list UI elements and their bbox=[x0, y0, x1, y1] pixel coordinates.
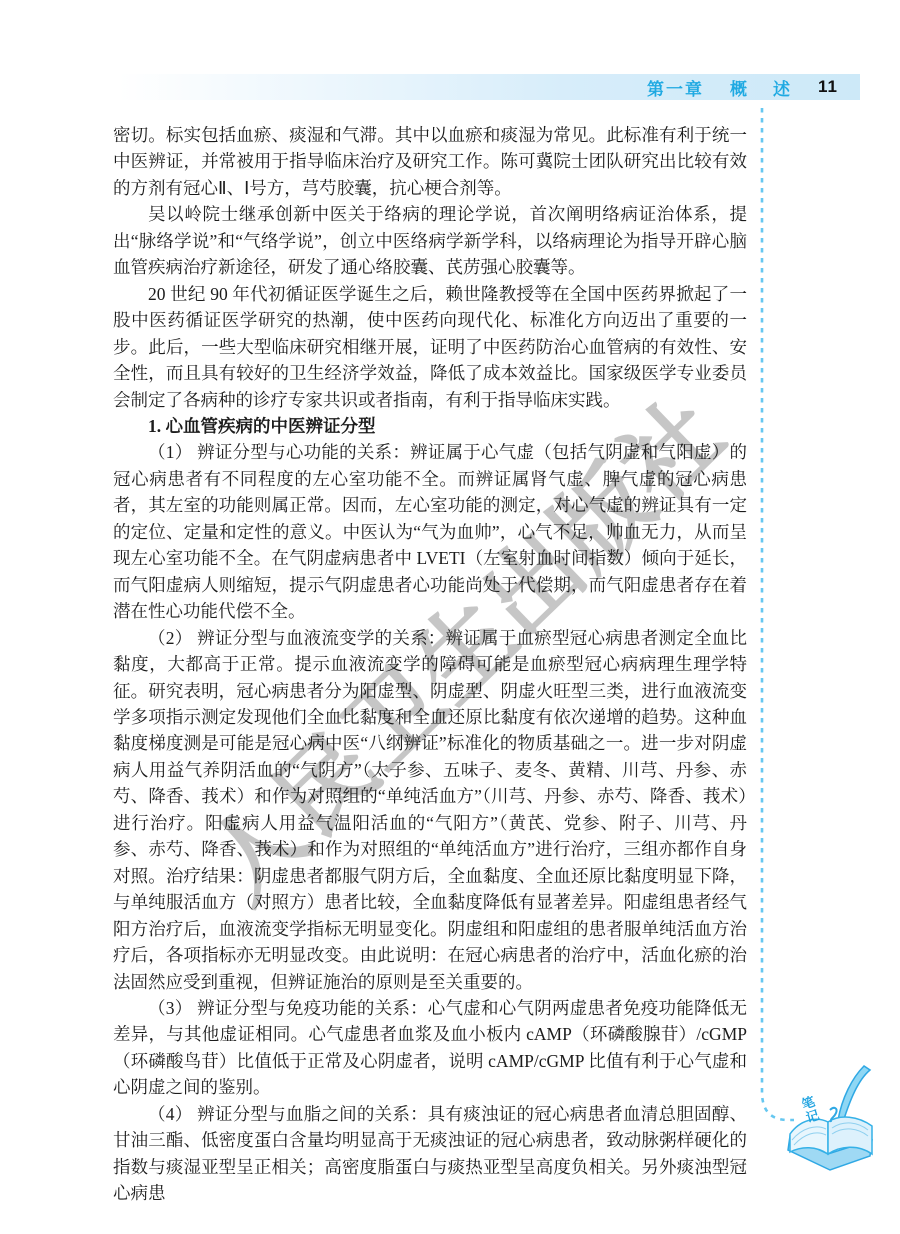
heading-tcm-syndrome-types: 1. 心血管疾病的中医辨证分型 bbox=[113, 413, 747, 439]
paragraph-item-1-heart-function: （1） 辨证分型与心功能的关系：辨证属于心气虚（包括气阴虚和气阳虚）的冠心病患者… bbox=[113, 439, 747, 624]
book-quill-graphic bbox=[778, 1058, 888, 1178]
chapter-title-char-1: 概 bbox=[730, 75, 747, 100]
paragraph-item-2-hemorheology: （2） 辨证分型与血液流变学的关系：辨证属于血瘀型冠心病患者测定全血比黏度，大都… bbox=[113, 625, 747, 995]
paragraph-item-3-immune: （3） 辨证分型与免疫功能的关系：心气虚和心气阴两虚患者免疫功能降低无差异，与其… bbox=[113, 995, 747, 1101]
chapter-label: 第一章 bbox=[647, 75, 704, 100]
page-header: 第一章 概 述 11 bbox=[118, 74, 860, 100]
paragraph-luobing: 吴以岭院士继承创新中医关于络病的理论学说，首次阐明络病证治体系，提出“脉络学说”… bbox=[113, 201, 747, 280]
paragraph-ebm: 20 世纪 90 年代初循证医学诞生之后，赖世隆教授等在全国中医药界掀起了一股中… bbox=[113, 281, 747, 413]
notes-book-icon: 笔记 bbox=[778, 1058, 888, 1178]
page-number: 11 bbox=[818, 77, 838, 97]
paragraph-continuation: 密切。标实包括血瘀、痰湿和气滞。其中以血瘀和痰湿为常见。此标准有利于统一中医辨证… bbox=[113, 122, 747, 201]
chapter-title-char-2: 述 bbox=[773, 75, 790, 100]
book-page: 人民卫生出版社 第一章 概 述 11 密切。标实包括血瘀、痰湿和气滞。其中以血瘀… bbox=[0, 0, 900, 1234]
body-text: 密切。标实包括血瘀、痰湿和气滞。其中以血瘀和痰湿为常见。此标准有利于统一中医辨证… bbox=[113, 122, 747, 1207]
paragraph-item-4-lipids: （4） 辨证分型与血脂之间的关系：具有痰浊证的冠心病患者血清总胆固醇、甘油三酯、… bbox=[113, 1101, 747, 1207]
